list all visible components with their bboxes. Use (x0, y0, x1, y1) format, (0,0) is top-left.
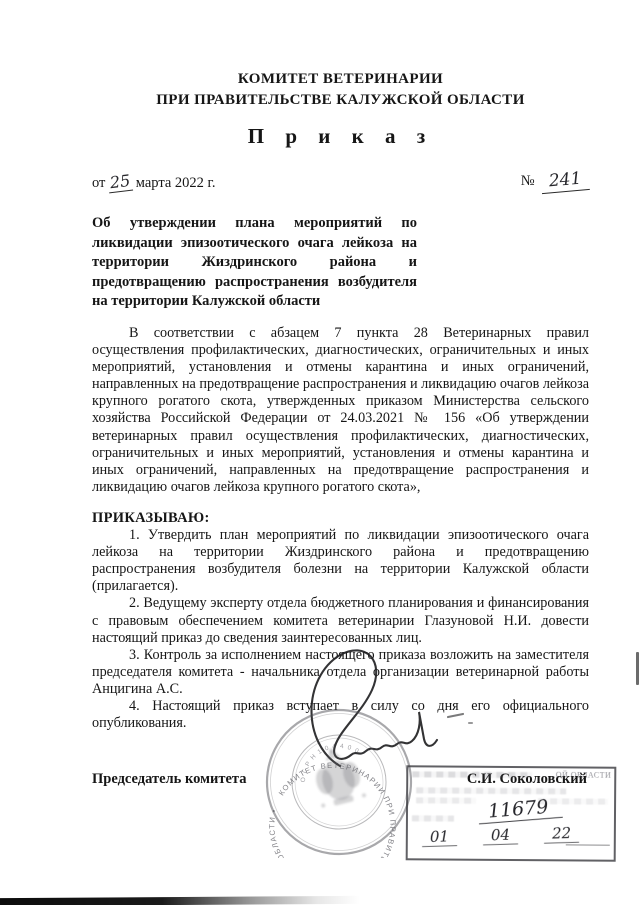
handwritten-day: 25 (107, 171, 134, 194)
scan-artifact-bottom-strip (0, 896, 360, 905)
preamble-paragraph: В соответствии с абзацем 7 пункта 28 Вет… (92, 325, 589, 496)
document-content: КОМИТЕТ ВЕТЕРИНАРИИ ПРИ ПРАВИТЕЛЬСТВЕ КА… (92, 0, 589, 788)
number-line: №241 (521, 170, 589, 192)
order-item-4: 4. Настоящий приказ вступает в силу со д… (92, 698, 589, 732)
organization-header: КОМИТЕТ ВЕТЕРИНАРИИ ПРИ ПРАВИТЕЛЬСТВЕ КА… (92, 69, 589, 111)
date-prefix: от (92, 175, 105, 191)
reg-date-month: 04 (483, 825, 519, 845)
stamp-faded-line-2 (416, 787, 566, 794)
date-number-row: от25марта 2022 г. №241 (92, 170, 589, 192)
date-rest: марта 2022 г. (136, 175, 216, 191)
stamp-rule-line (566, 844, 610, 845)
order-subject: Об утверждении плана мероприятий по ликв… (92, 214, 417, 312)
handwritten-number: 241 (540, 168, 590, 194)
order-item-2: 2. Ведущему эксперту отдела бюджетного п… (92, 595, 589, 646)
org-name-line2: ПРИ ПРАВИТЕЛЬСТВЕ КАЛУЖСКОЙ ОБЛАСТИ (92, 90, 589, 111)
document-type-title: П р и к а з (92, 124, 589, 149)
registration-stamp: …ОЙ ОБЛАСТИ 11679 01 04 22 (406, 765, 617, 861)
handwritten-registration-number: 11679 (477, 795, 563, 825)
stamp-faded-label (412, 815, 454, 821)
order-heading: ПРИКАЗЫВАЮ: (92, 510, 589, 527)
reg-date-day: 01 (422, 827, 458, 847)
stamp-faded-line-1 (412, 771, 532, 778)
org-name-line1: КОМИТЕТ ВЕТЕРИНАРИИ (92, 69, 589, 90)
stamp-faded-line-3 (416, 797, 476, 803)
number-label: № (521, 173, 535, 189)
order-item-1: 1. Утвердить план мероприятий по ликвида… (92, 527, 589, 595)
date-line: от25марта 2022 г. (92, 172, 215, 192)
scanned-document-page: КОМИТЕТ ВЕТЕРИНАРИИ ПРИ ПРАВИТЕЛЬСТВЕ КА… (0, 0, 639, 905)
stamp-text-fragment: …ОЙ ОБЛАСТИ (547, 770, 611, 779)
signer-position: Председатель комитета (92, 771, 246, 788)
reg-date-year: 22 (544, 824, 580, 844)
handwritten-registration-date: 01 04 22 (422, 824, 580, 847)
order-item-3: 3. Контроль за исполнением настоящего пр… (92, 647, 589, 698)
